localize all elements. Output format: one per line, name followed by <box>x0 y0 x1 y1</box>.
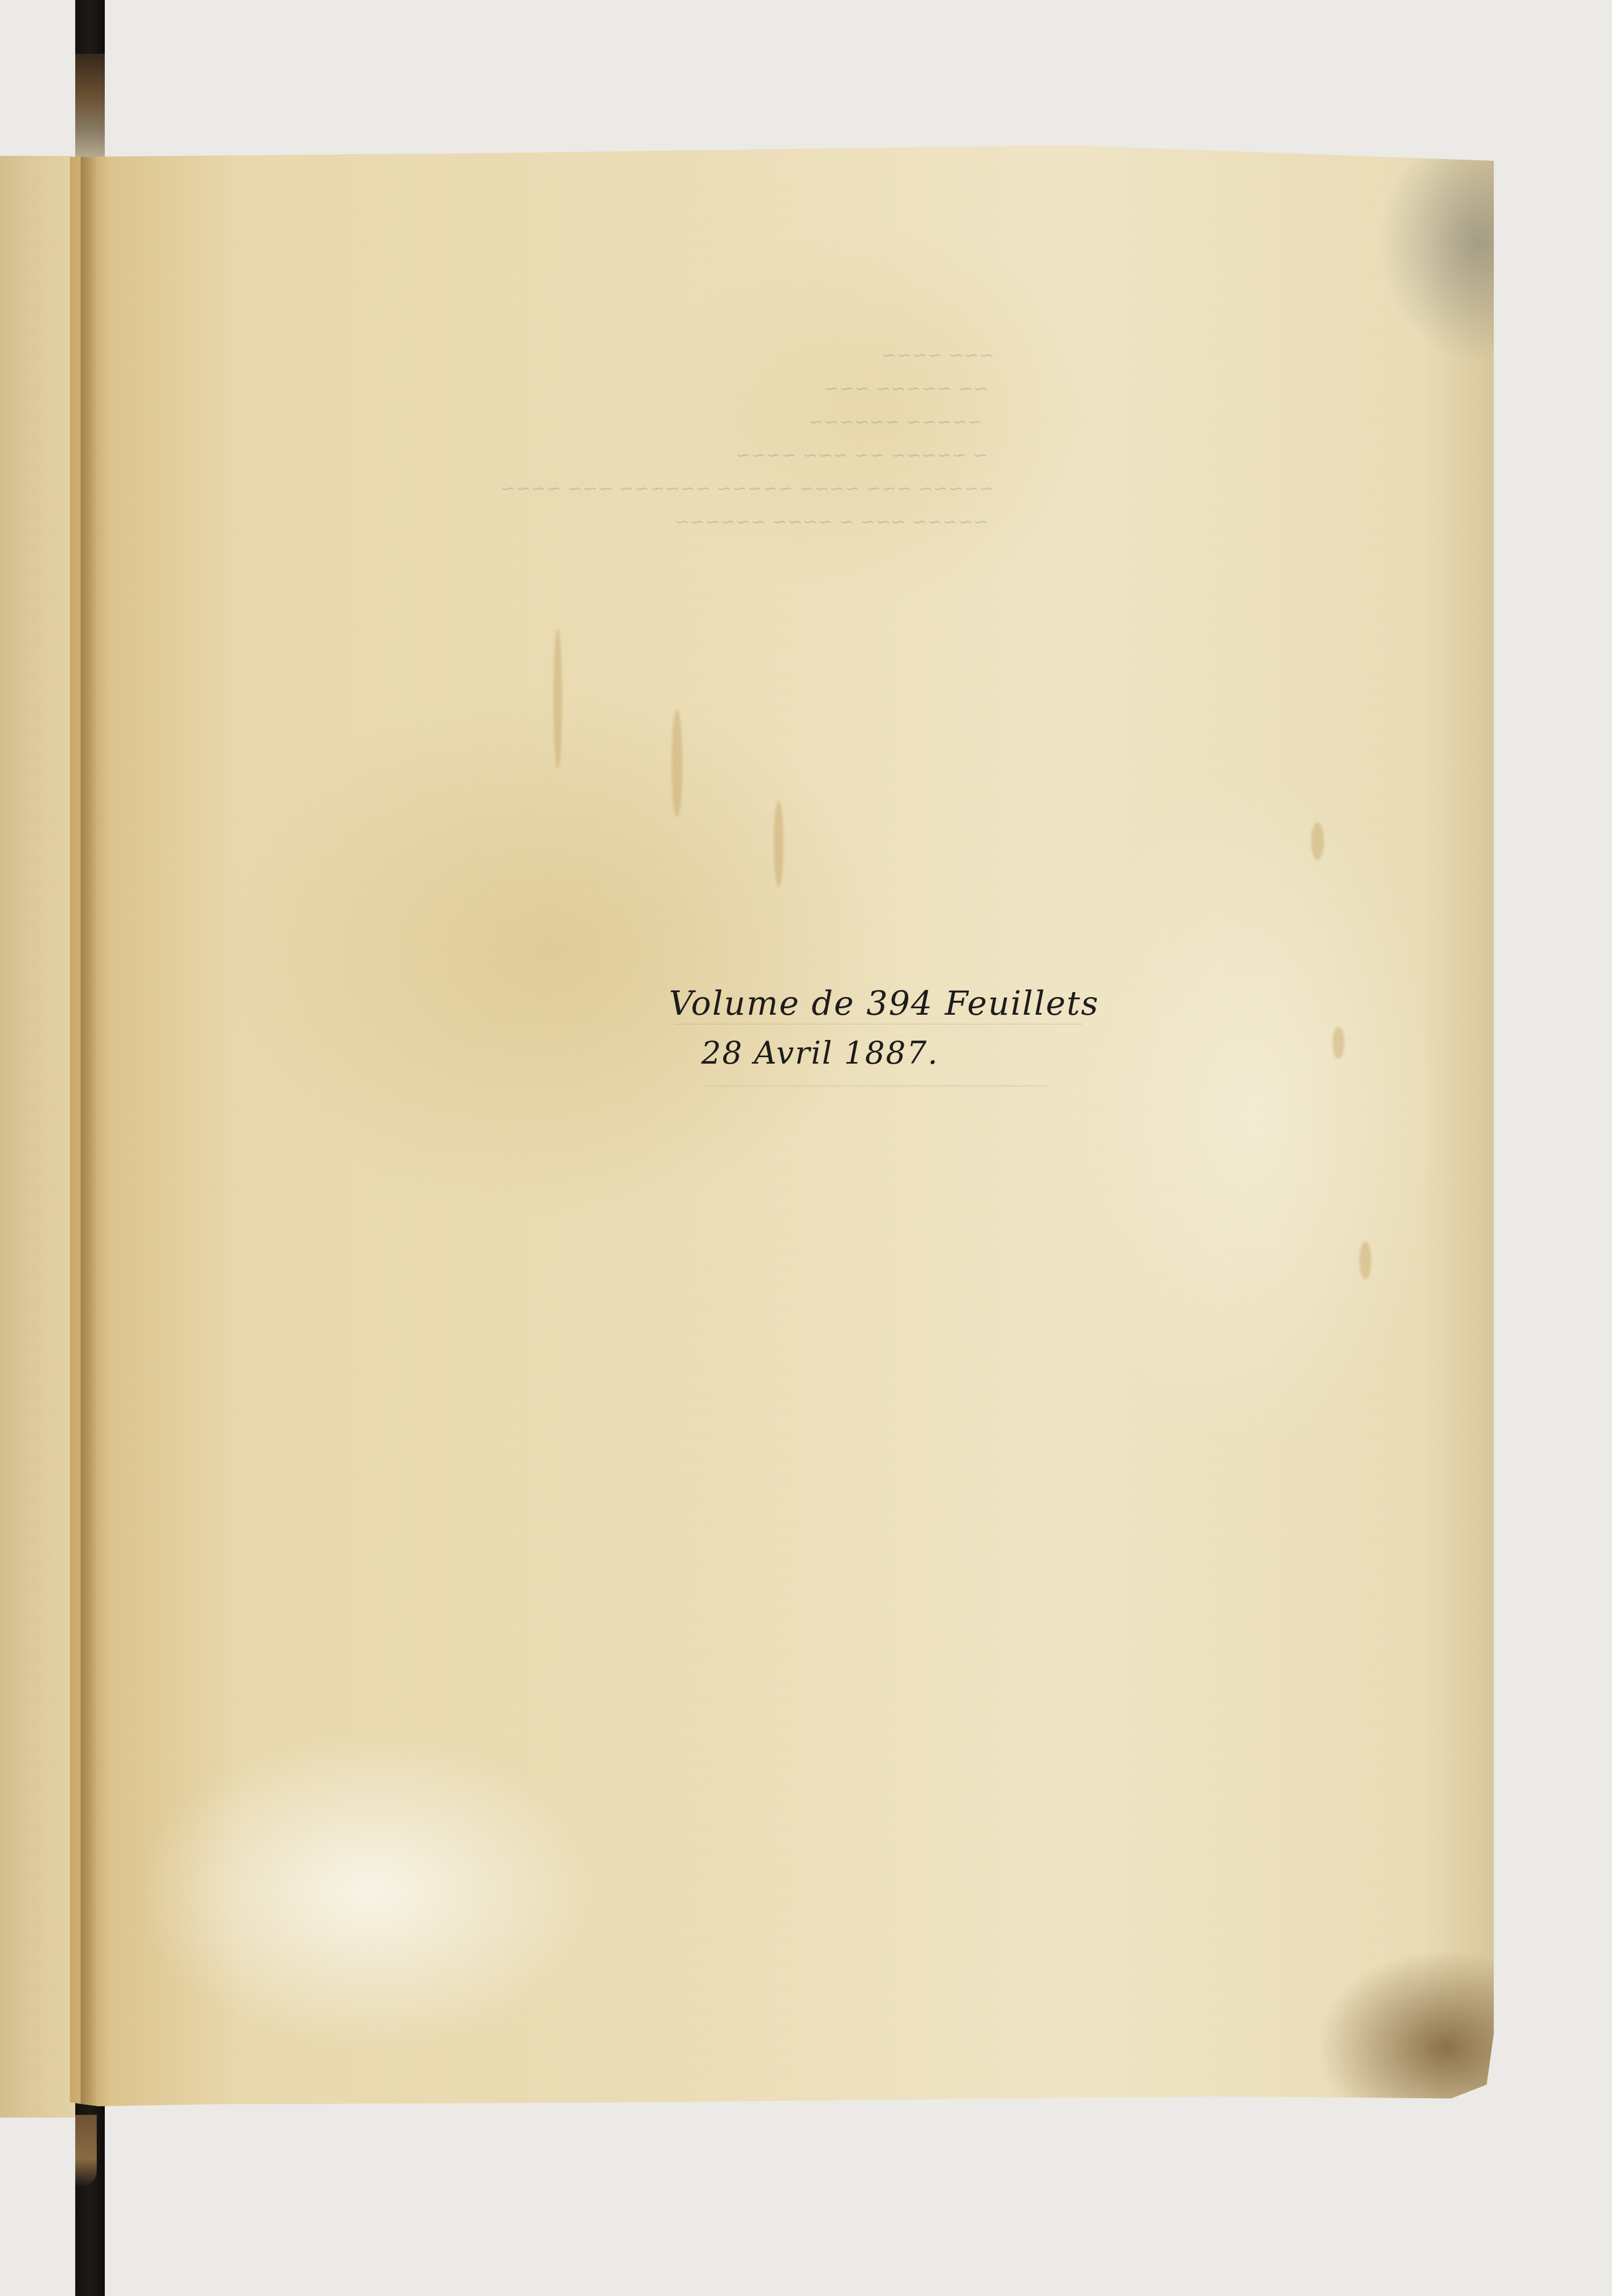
stain <box>1311 822 1324 860</box>
left-facing-leaf <box>0 156 75 2118</box>
ruled-guide-line <box>704 1086 1048 1086</box>
parchment-folio: ~~~ ~~~~ ~~ ~~~~~ ~~~ ~~~~~ ~~~~~~ ~ ~~~… <box>70 145 1494 2112</box>
stain <box>1333 1027 1344 1059</box>
spine-frayed-top <box>75 54 105 161</box>
stain <box>774 801 783 887</box>
stain <box>672 709 682 817</box>
inscription: Volume de 394 Feuillets 28 Avril 1887. <box>669 984 1099 1071</box>
inscription-folio-count: Volume de 394 Feuillets <box>669 984 1099 1023</box>
spine-frayed-bottom <box>75 2115 97 2187</box>
stain <box>1359 1242 1371 1279</box>
bleed-through-text: ~~~ ~~~~ ~~ ~~~~~ ~~~ ~~~~~ ~~~~~~ ~ ~~~… <box>510 339 994 715</box>
gutter-shadow <box>81 145 107 2112</box>
inscription-date: 28 Avril 1887. <box>701 1035 1099 1071</box>
